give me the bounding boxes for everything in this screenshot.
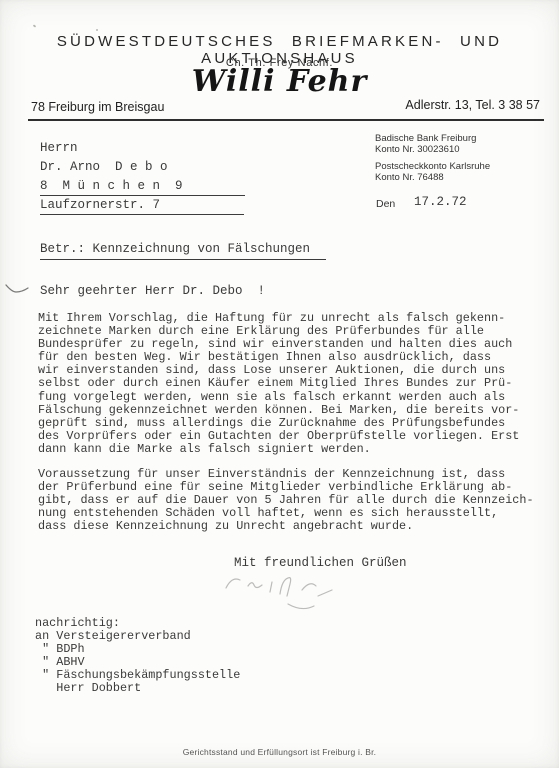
recipient-line: Laufzornerstr. 7 bbox=[40, 196, 244, 215]
paper-speck bbox=[96, 29, 98, 31]
sender-street-phone: Adlerstr. 13, Tel. 3 38 57 bbox=[405, 98, 540, 112]
date-value: 17.2.72 bbox=[414, 195, 467, 209]
paper-speck bbox=[33, 24, 37, 27]
handwritten-checkmark bbox=[4, 280, 32, 296]
footer-note: Gerichtsstand und Erfüllungsort ist Frei… bbox=[0, 747, 559, 757]
recipient-line: Herrn bbox=[40, 139, 245, 158]
salutation: Sehr geehrter Herr Dr. Debo ! bbox=[40, 284, 265, 298]
cc-distribution-block: nachrichtig: an Versteigererverband " BD… bbox=[35, 617, 240, 695]
signature-scribble bbox=[218, 566, 348, 618]
recipient-block: Herrn Dr. Arno D e b o 8 M ü n c h e n 9… bbox=[40, 139, 245, 215]
recipient-line: 8 M ü n c h e n 9 bbox=[40, 177, 245, 196]
body-paragraph-2: Voraussetzung für unser Einverständnis d… bbox=[38, 468, 534, 533]
bank-line: Konto Nr. 76488 bbox=[375, 172, 490, 183]
body-paragraph-1: Mit Ihrem Vorschlag, die Haftung für zu … bbox=[38, 312, 519, 456]
sender-city: 78 Freiburg im Breisgau bbox=[31, 100, 164, 114]
bank-line: Postscheckkonto Karlsruhe bbox=[375, 161, 490, 172]
letter-page: SÜDWESTDEUTSCHES BRIEFMARKEN- UND AUKTIO… bbox=[0, 0, 559, 768]
subject-line: Betr.: Kennzeichnung von Fälschungen bbox=[40, 242, 326, 260]
bank-details: Badische Bank Freiburg Konto Nr. 3002361… bbox=[375, 133, 490, 189]
bank-line: Badische Bank Freiburg bbox=[375, 133, 490, 144]
recipient-line: Dr. Arno D e b o bbox=[40, 158, 245, 177]
date-label: Den bbox=[376, 198, 395, 210]
letterhead-divider-rule bbox=[28, 119, 544, 121]
bank-line: Konto Nr. 30023610 bbox=[375, 144, 490, 155]
proprietor-name: Willi Fehr bbox=[0, 64, 559, 99]
